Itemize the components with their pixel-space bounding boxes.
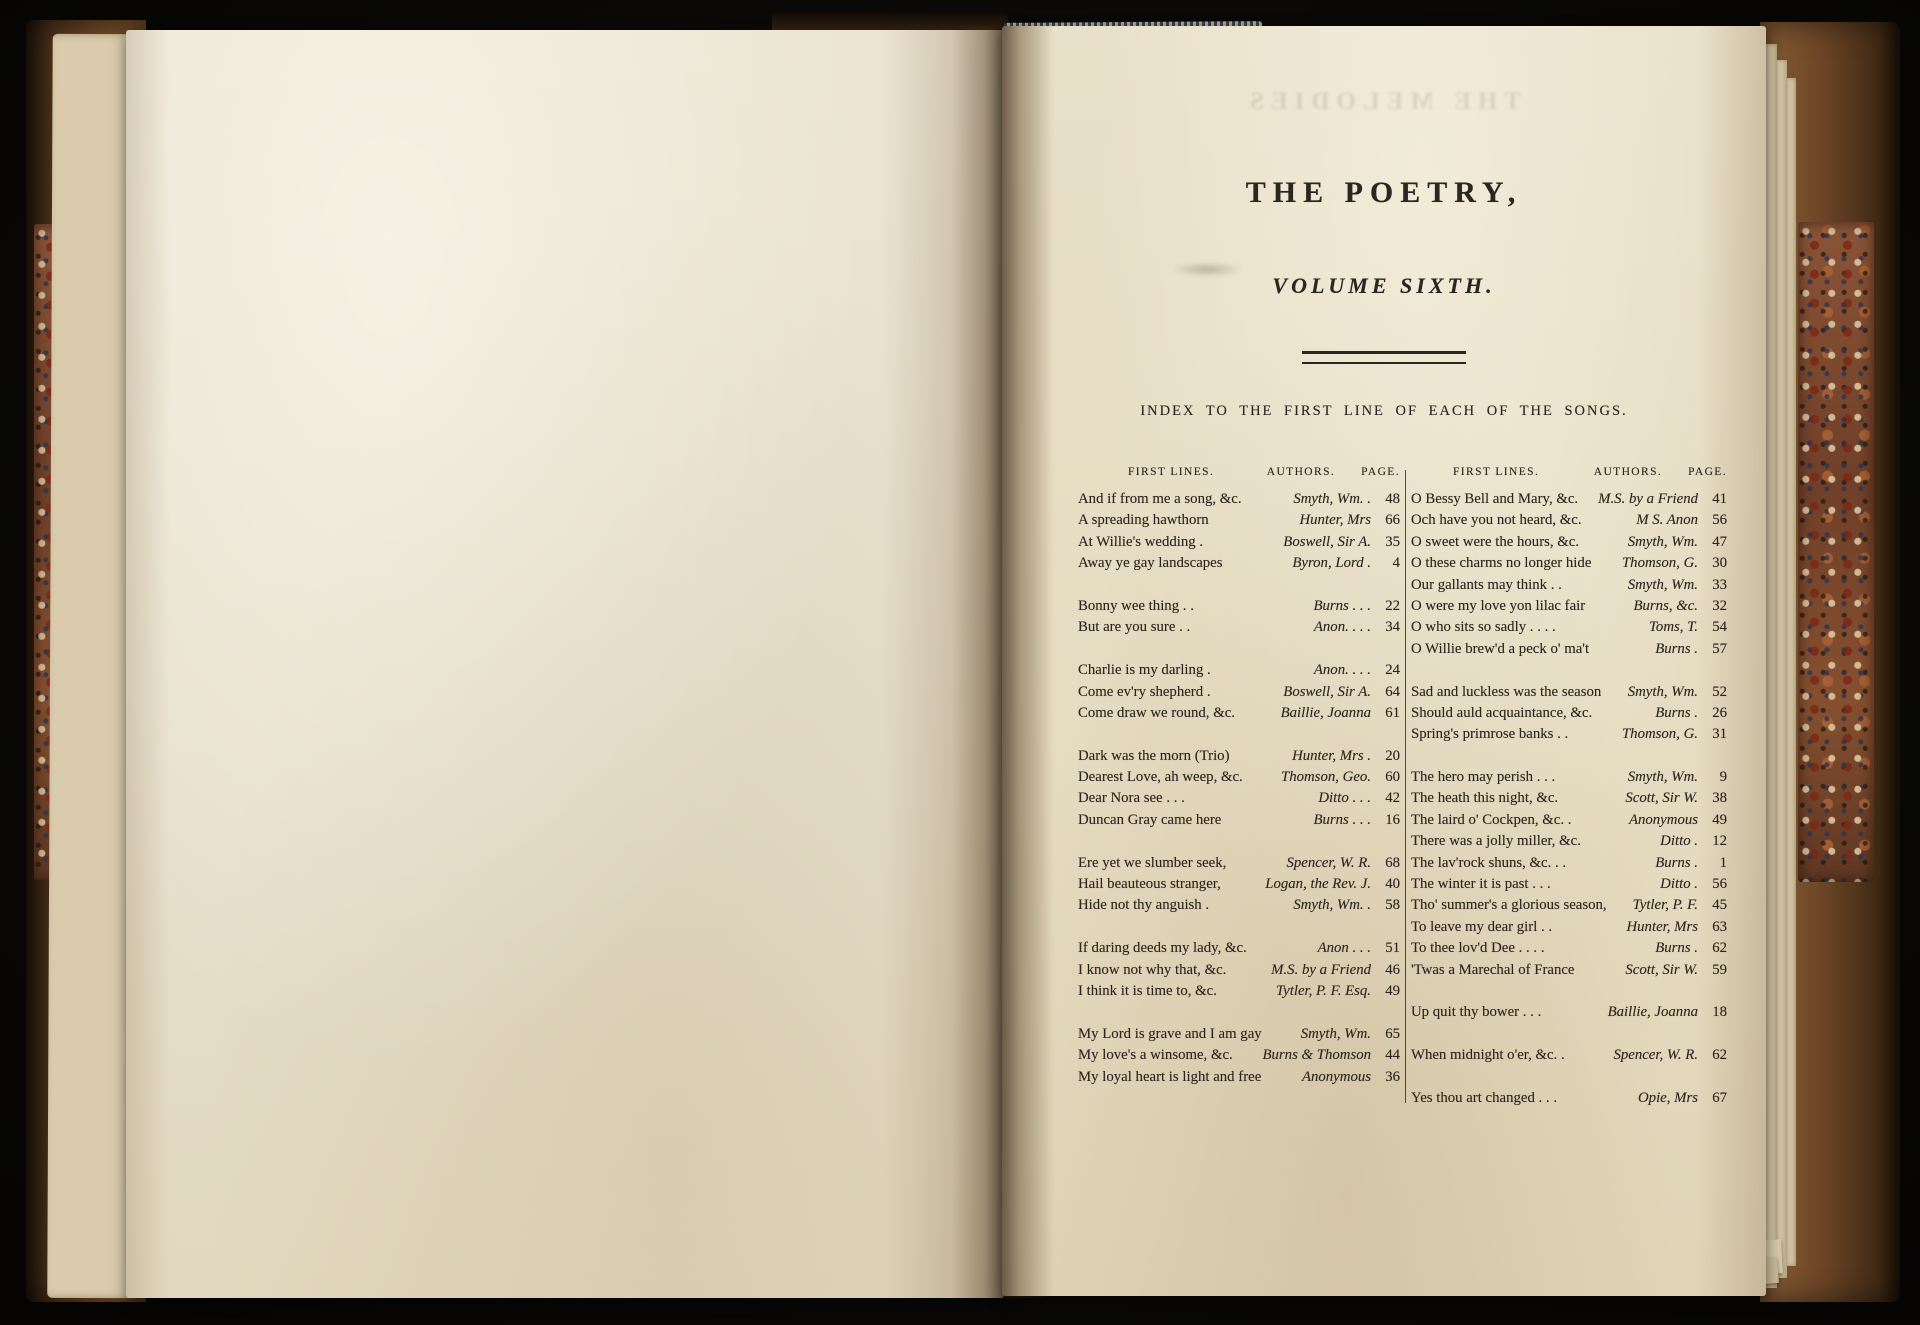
- entry-author: Scott, Sir W.: [1625, 960, 1698, 981]
- header-page: PAGE.: [1688, 466, 1727, 478]
- entry-author: Smyth, Wm. .: [1293, 489, 1371, 510]
- entry-page-number: 56: [1705, 874, 1727, 895]
- entry-author: Hunter, Mrs: [1299, 510, 1371, 531]
- entry-page-number: 59: [1705, 960, 1727, 981]
- entry-author: Smyth, Wm.: [1301, 1024, 1371, 1045]
- entry-first-line: When midnight o'er, &c. .: [1411, 1045, 1613, 1066]
- entry-page-number: 35: [1378, 532, 1400, 553]
- entry-page-number: 61: [1378, 703, 1400, 724]
- entry-author: Thomson, Geo.: [1281, 767, 1371, 788]
- column-header-row: FIRST LINES. AUTHORS. PAGE.: [1078, 466, 1400, 489]
- entry-page-number: 67: [1705, 1088, 1727, 1109]
- entry-author: Ditto .: [1660, 831, 1698, 852]
- entry-author: Anon. . . .: [1314, 617, 1371, 638]
- entry-author: Toms, T.: [1649, 617, 1698, 638]
- entry-author: Tytler, P. F.: [1633, 895, 1698, 916]
- index-entry: Should auld acquaintance, &c.Burns .26: [1411, 703, 1727, 724]
- entry-author: Ditto . . .: [1318, 788, 1371, 809]
- index-entry: Dark was the morn (Trio)Hunter, Mrs .20: [1078, 746, 1400, 767]
- bleedthrough-ghost-text: THE MELODIES: [1152, 88, 1612, 116]
- group-gap: [1411, 981, 1727, 1002]
- entry-page-number: 64: [1378, 682, 1400, 703]
- entry-first-line: Our gallants may think . .: [1411, 575, 1628, 596]
- entry-first-line: Spring's primrose banks . .: [1411, 724, 1622, 745]
- entry-first-line: Ere yet we slumber seek,: [1078, 853, 1286, 874]
- entry-author: M S. Anon: [1636, 510, 1698, 531]
- entry-first-line: Hide not thy anguish .: [1078, 895, 1293, 916]
- entry-author: Burns .: [1655, 703, 1698, 724]
- index-entry: To thee lov'd Dee . . . .Burns .62: [1411, 938, 1727, 959]
- entry-page-number: 41: [1705, 489, 1727, 510]
- entry-first-line: Och have you not heard, &c.: [1411, 510, 1636, 531]
- index-entry: And if from me a song, &c.Smyth, Wm. .48: [1078, 489, 1400, 510]
- entry-first-line: The heath this night, &c.: [1411, 788, 1625, 809]
- index-entry: Away ye gay landscapesByron, Lord .4: [1078, 553, 1400, 574]
- entry-first-line: If daring deeds my lady, &c.: [1078, 938, 1318, 959]
- group-gap: [1411, 1024, 1727, 1045]
- entry-first-line: O these charms no longer hide: [1411, 553, 1622, 574]
- entry-author: Burns, &c.: [1633, 596, 1698, 617]
- index-entry: Dear Nora see . . .Ditto . . .42: [1078, 788, 1400, 809]
- entry-page-number: 56: [1705, 510, 1727, 531]
- index-entry: Bonny wee thing . .Burns . . .22: [1078, 596, 1400, 617]
- entry-author: Baillie, Joanna: [1281, 703, 1371, 724]
- entry-author: Boswell, Sir A.: [1283, 532, 1371, 553]
- entry-author: Burns . . .: [1313, 596, 1371, 617]
- entry-page-number: 54: [1705, 617, 1727, 638]
- entry-page-number: 47: [1705, 532, 1727, 553]
- index-entry: Yes thou art changed . . .Opie, Mrs67: [1411, 1088, 1727, 1109]
- index-entry: I think it is time to, &c.Tytler, P. F. …: [1078, 981, 1400, 1002]
- index-table: FIRST LINES. AUTHORS. PAGE. And if from …: [1078, 466, 1728, 1109]
- index-entry: Hail beauteous stranger,Logan, the Rev. …: [1078, 874, 1400, 895]
- entry-author: Thomson, G.: [1622, 724, 1698, 745]
- entry-page-number: 33: [1705, 575, 1727, 596]
- volume-subtitle: VOLUME SIXTH.: [1002, 273, 1766, 299]
- entry-first-line: The laird o' Cockpen, &c. .: [1411, 810, 1629, 831]
- entry-page-number: 63: [1705, 917, 1727, 938]
- header-authors: AUTHORS.: [1267, 466, 1335, 478]
- entry-page-number: 20: [1378, 746, 1400, 767]
- entry-first-line: Tho' summer's a glorious season,: [1411, 895, 1633, 916]
- right-page-edge: [1777, 60, 1787, 1278]
- entry-page-number: 4: [1378, 553, 1400, 574]
- entry-page-number: 57: [1705, 639, 1727, 660]
- index-entry: Tho' summer's a glorious season,Tytler, …: [1411, 895, 1727, 916]
- entry-author: Burns . . .: [1313, 810, 1371, 831]
- group-gap: [1411, 746, 1727, 767]
- entry-author: Anonymous: [1629, 810, 1698, 831]
- entry-page-number: 31: [1705, 724, 1727, 745]
- entry-first-line: Should auld acquaintance, &c.: [1411, 703, 1655, 724]
- group-gap: [1411, 660, 1727, 681]
- entry-author: Baillie, Joanna: [1608, 1002, 1698, 1023]
- index-entry: O were my love yon lilac fairBurns, &c.3…: [1411, 596, 1727, 617]
- index-entry: At Willie's wedding .Boswell, Sir A.35: [1078, 532, 1400, 553]
- entry-author: Byron, Lord .: [1292, 553, 1371, 574]
- index-entry: There was a jolly miller, &c.Ditto .12: [1411, 831, 1727, 852]
- index-column-2: FIRST LINES. AUTHORS. PAGE. O Bessy Bell…: [1411, 466, 1727, 1109]
- entry-first-line: And if from me a song, &c.: [1078, 489, 1293, 510]
- entry-author: Thomson, G.: [1622, 553, 1698, 574]
- index-entry: Up quit thy bower . . .Baillie, Joanna18: [1411, 1002, 1727, 1023]
- entry-page-number: 34: [1378, 617, 1400, 638]
- entry-page-number: 38: [1705, 788, 1727, 809]
- index-entry: O these charms no longer hideThomson, G.…: [1411, 553, 1727, 574]
- index-entry: Sad and luckless was the seasonSmyth, Wm…: [1411, 682, 1727, 703]
- entry-first-line: The hero may perish . . .: [1411, 767, 1628, 788]
- entry-author: Hunter, Mrs .: [1292, 746, 1371, 767]
- entry-first-line: My Lord is grave and I am gay: [1078, 1024, 1301, 1045]
- entry-page-number: 45: [1705, 895, 1727, 916]
- group-gap: [1078, 724, 1400, 745]
- column-header-row: FIRST LINES. AUTHORS. PAGE.: [1411, 466, 1727, 489]
- entry-first-line: O were my love yon lilac fair: [1411, 596, 1633, 617]
- index-entry: If daring deeds my lady, &c.Anon . . .51: [1078, 938, 1400, 959]
- index-entry: O Willie brew'd a peck o' ma'tBurns .57: [1411, 639, 1727, 660]
- entry-author: Scott, Sir W.: [1625, 788, 1698, 809]
- group-gap: [1078, 917, 1400, 938]
- entry-first-line: The lav'rock shuns, &c. . .: [1411, 853, 1655, 874]
- entry-page-number: 18: [1705, 1002, 1727, 1023]
- index-entry: O sweet were the hours, &c.Smyth, Wm.47: [1411, 532, 1727, 553]
- entry-first-line: But are you sure . .: [1078, 617, 1314, 638]
- entry-first-line: I think it is time to, &c.: [1078, 981, 1276, 1002]
- header-page: PAGE.: [1361, 466, 1400, 478]
- index-entry: The hero may perish . . .Smyth, Wm.9: [1411, 767, 1727, 788]
- entry-first-line: Come ev'ry shepherd .: [1078, 682, 1283, 703]
- entry-first-line: Sad and luckless was the season: [1411, 682, 1628, 703]
- entry-first-line: O sweet were the hours, &c.: [1411, 532, 1628, 553]
- index-entry: Duncan Gray came hereBurns . . .16: [1078, 810, 1400, 831]
- entry-first-line: There was a jolly miller, &c.: [1411, 831, 1660, 852]
- header-authors: AUTHORS.: [1594, 466, 1662, 478]
- right-marbled-paper: [1798, 222, 1874, 882]
- group-gap: [1078, 831, 1400, 852]
- index-entry: Come draw we round, &c.Baillie, Joanna61: [1078, 703, 1400, 724]
- index-entry: Ere yet we slumber seek,Spencer, W. R.68: [1078, 853, 1400, 874]
- index-entry: Dearest Love, ah weep, &c.Thomson, Geo.6…: [1078, 767, 1400, 788]
- entry-page-number: 24: [1378, 660, 1400, 681]
- entry-page-number: 49: [1705, 810, 1727, 831]
- index-entry: But are you sure . .Anon. . . .34: [1078, 617, 1400, 638]
- index-column-1: FIRST LINES. AUTHORS. PAGE. And if from …: [1078, 466, 1400, 1109]
- entry-first-line: Charlie is my darling .: [1078, 660, 1314, 681]
- right-page-edge: [1787, 78, 1796, 1266]
- index-entry: O who sits so sadly . . . .Toms, T.54: [1411, 617, 1727, 638]
- entry-page-number: 60: [1378, 767, 1400, 788]
- index-entry: When midnight o'er, &c. .Spencer, W. R.6…: [1411, 1045, 1727, 1066]
- entry-page-number: 42: [1378, 788, 1400, 809]
- entry-first-line: My love's a winsome, &c.: [1078, 1045, 1262, 1066]
- header-first-lines: FIRST LINES.: [1128, 466, 1214, 478]
- entry-first-line: Duncan Gray came here: [1078, 810, 1313, 831]
- entry-first-line: My loyal heart is light and free: [1078, 1067, 1302, 1088]
- column-divider-rule: [1405, 470, 1406, 1103]
- right-page-index: THE MELODIES THE POETRY, VOLUME SIXTH. I…: [1002, 26, 1766, 1296]
- index-entry: Spring's primrose banks . .Thomson, G.31: [1411, 724, 1727, 745]
- entry-first-line: To thee lov'd Dee . . . .: [1411, 938, 1655, 959]
- entry-author: Spencer, W. R.: [1613, 1045, 1698, 1066]
- entry-first-line: At Willie's wedding .: [1078, 532, 1283, 553]
- entry-first-line: Away ye gay landscapes: [1078, 553, 1292, 574]
- index-entry: The winter it is past . . .Ditto .56: [1411, 874, 1727, 895]
- entry-author: Burns .: [1655, 639, 1698, 660]
- entry-first-line: Bonny wee thing . .: [1078, 596, 1313, 617]
- index-entry: O Bessy Bell and Mary, &c.M.S. by a Frie…: [1411, 489, 1727, 510]
- entry-page-number: 68: [1378, 853, 1400, 874]
- group-gap: [1078, 575, 1400, 596]
- entry-author: Hunter, Mrs: [1626, 917, 1698, 938]
- group-gap: [1078, 1002, 1400, 1023]
- entry-author: Ditto .: [1660, 874, 1698, 895]
- entry-first-line: Dearest Love, ah weep, &c.: [1078, 767, 1281, 788]
- entry-author: Burns .: [1655, 938, 1698, 959]
- entry-page-number: 12: [1705, 831, 1727, 852]
- entry-first-line: 'Twas a Marechal of France: [1411, 960, 1625, 981]
- entry-first-line: O Bessy Bell and Mary, &c.: [1411, 489, 1598, 510]
- entry-first-line: The winter it is past . . .: [1411, 874, 1660, 895]
- photo-of-open-book: THE MELODIES THE POETRY, VOLUME SIXTH. I…: [0, 0, 1920, 1325]
- entry-first-line: Up quit thy bower . . .: [1411, 1002, 1608, 1023]
- entry-first-line: O Willie brew'd a peck o' ma't: [1411, 639, 1655, 660]
- entry-page-number: 62: [1705, 938, 1727, 959]
- entry-page-number: 26: [1705, 703, 1727, 724]
- entry-first-line: Dear Nora see . . .: [1078, 788, 1318, 809]
- entry-author: Spencer, W. R.: [1286, 853, 1371, 874]
- index-entry: Hide not thy anguish .Smyth, Wm. .58: [1078, 895, 1400, 916]
- index-entry: A spreading hawthornHunter, Mrs66: [1078, 510, 1400, 531]
- entry-author: M.S. by a Friend: [1271, 960, 1371, 981]
- entry-page-number: 65: [1378, 1024, 1400, 1045]
- left-page-blank: [126, 30, 1004, 1298]
- index-entry: Come ev'ry shepherd .Boswell, Sir A.64: [1078, 682, 1400, 703]
- entry-page-number: 36: [1378, 1067, 1400, 1088]
- entry-first-line: Dark was the morn (Trio): [1078, 746, 1292, 767]
- entry-page-number: 30: [1705, 553, 1727, 574]
- entry-page-number: 44: [1378, 1045, 1400, 1066]
- group-gap: [1411, 1067, 1727, 1088]
- entry-page-number: 46: [1378, 960, 1400, 981]
- entry-page-number: 16: [1378, 810, 1400, 831]
- entry-page-number: 52: [1705, 682, 1727, 703]
- entry-author: M.S. by a Friend: [1598, 489, 1698, 510]
- index-entry: Och have you not heard, &c.M S. Anon56: [1411, 510, 1727, 531]
- entry-author: Anon . . .: [1318, 938, 1371, 959]
- index-entry: The lav'rock shuns, &c. . .Burns .1: [1411, 853, 1727, 874]
- index-entry: 'Twas a Marechal of FranceScott, Sir W.5…: [1411, 960, 1727, 981]
- entry-page-number: 1: [1705, 853, 1727, 874]
- entry-page-number: 66: [1378, 510, 1400, 531]
- index-entry: My loyal heart is light and freeAnonymou…: [1078, 1067, 1400, 1088]
- entry-author: Burns .: [1655, 853, 1698, 874]
- entry-page-number: 49: [1378, 981, 1400, 1002]
- entry-author: Logan, the Rev. J.: [1265, 874, 1371, 895]
- entry-author: Smyth, Wm. .: [1293, 895, 1371, 916]
- index-entry: My love's a winsome, &c.Burns & Thomson4…: [1078, 1045, 1400, 1066]
- page-title: THE POETRY,: [1002, 176, 1766, 210]
- entry-author: Tytler, P. F. Esq.: [1276, 981, 1371, 1002]
- entry-page-number: 51: [1378, 938, 1400, 959]
- entry-page-number: 58: [1378, 895, 1400, 916]
- entry-page-number: 32: [1705, 596, 1727, 617]
- entry-author: Smyth, Wm.: [1628, 532, 1698, 553]
- entry-page-number: 40: [1378, 874, 1400, 895]
- entry-page-number: 9: [1705, 767, 1727, 788]
- group-gap: [1078, 639, 1400, 660]
- entry-first-line: Hail beauteous stranger,: [1078, 874, 1265, 895]
- index-heading: INDEX TO THE FIRST LINE OF EACH OF THE S…: [1002, 403, 1766, 420]
- double-rule-divider: [1302, 351, 1466, 364]
- entry-author: Boswell, Sir A.: [1283, 682, 1371, 703]
- entry-first-line: To leave my dear girl . .: [1411, 917, 1626, 938]
- entry-first-line: Yes thou art changed . . .: [1411, 1088, 1638, 1109]
- entry-author: Smyth, Wm.: [1628, 682, 1698, 703]
- entry-first-line: A spreading hawthorn: [1078, 510, 1299, 531]
- entry-author: Anon. . . .: [1314, 660, 1371, 681]
- index-entry: My Lord is grave and I am gaySmyth, Wm.6…: [1078, 1024, 1400, 1045]
- entry-author: Smyth, Wm.: [1628, 767, 1698, 788]
- index-entry: The laird o' Cockpen, &c. .Anonymous49: [1411, 810, 1727, 831]
- index-entry: I know not why that, &c.M.S. by a Friend…: [1078, 960, 1400, 981]
- entry-first-line: I know not why that, &c.: [1078, 960, 1271, 981]
- entry-author: Opie, Mrs: [1638, 1088, 1698, 1109]
- index-entry: To leave my dear girl . .Hunter, Mrs63: [1411, 917, 1727, 938]
- entry-first-line: O who sits so sadly . . . .: [1411, 617, 1649, 638]
- entry-page-number: 62: [1705, 1045, 1727, 1066]
- right-page-edge: [1766, 44, 1777, 1288]
- entry-author: Smyth, Wm.: [1628, 575, 1698, 596]
- index-entry: The heath this night, &c.Scott, Sir W.38: [1411, 788, 1727, 809]
- entry-page-number: 48: [1378, 489, 1400, 510]
- entry-page-number: 22: [1378, 596, 1400, 617]
- index-entry: Our gallants may think . .Smyth, Wm.33: [1411, 575, 1727, 596]
- entry-author: Burns & Thomson: [1262, 1045, 1371, 1066]
- entry-author: Anonymous: [1302, 1067, 1371, 1088]
- entry-first-line: Come draw we round, &c.: [1078, 703, 1281, 724]
- index-entry: Charlie is my darling .Anon. . . .24: [1078, 660, 1400, 681]
- header-first-lines: FIRST LINES.: [1453, 466, 1539, 478]
